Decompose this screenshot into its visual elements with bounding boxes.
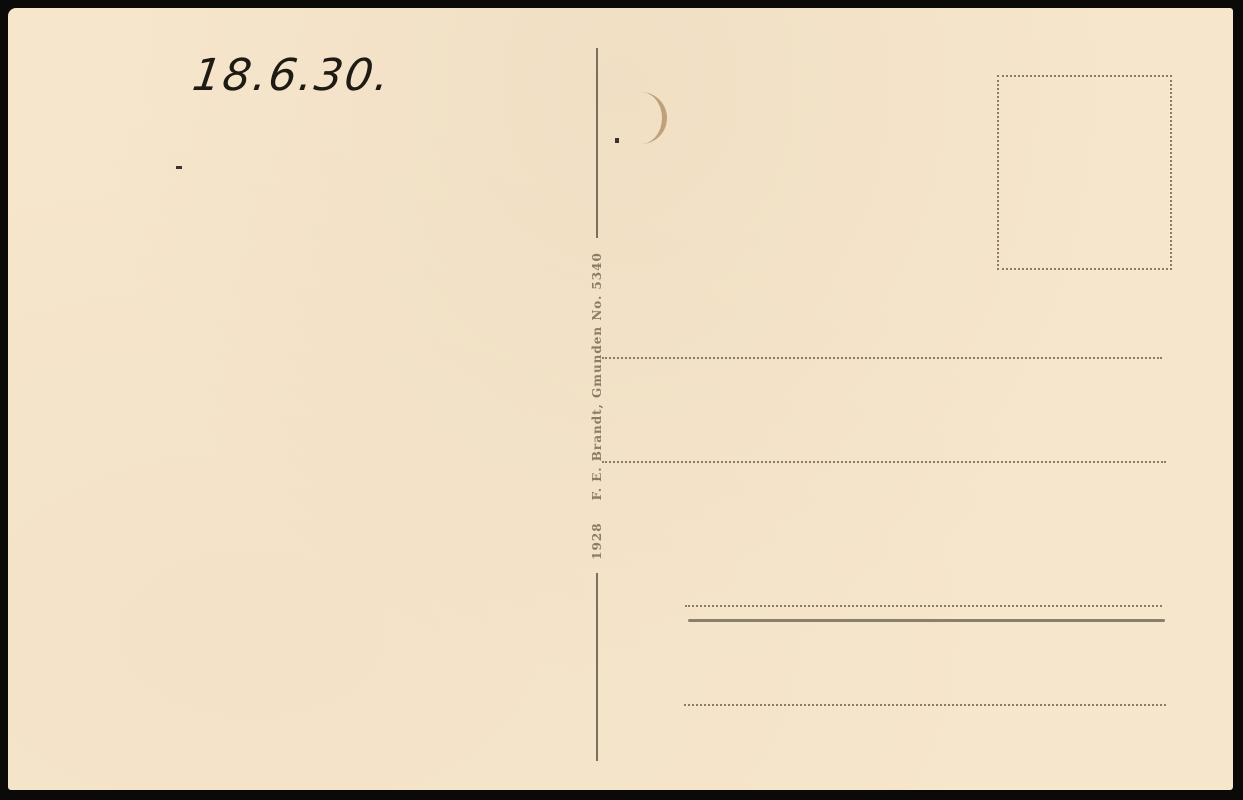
center-divider-top — [596, 48, 598, 238]
address-line-3 — [685, 605, 1162, 607]
address-underline — [688, 619, 1165, 622]
handwritten-date: 18.6.30. — [189, 50, 394, 101]
ink-speck — [176, 166, 182, 169]
imprint-publisher: F. E. Brandt, Gmunden No. 5340 — [590, 252, 604, 500]
postcard-back: 18.6.30. 1928F. E. Brandt, Gmunden No. 5… — [8, 8, 1233, 790]
stamp-box — [997, 75, 1172, 270]
imprint-year: 1928 — [590, 522, 604, 559]
publisher-imprint: 1928F. E. Brandt, Gmunden No. 5340 — [590, 252, 604, 560]
center-divider-bottom — [596, 573, 598, 761]
stain-mark — [640, 92, 667, 144]
address-line-1 — [602, 357, 1162, 359]
address-line-4 — [684, 704, 1166, 706]
address-line-2 — [602, 461, 1166, 463]
ink-speck — [615, 138, 619, 143]
